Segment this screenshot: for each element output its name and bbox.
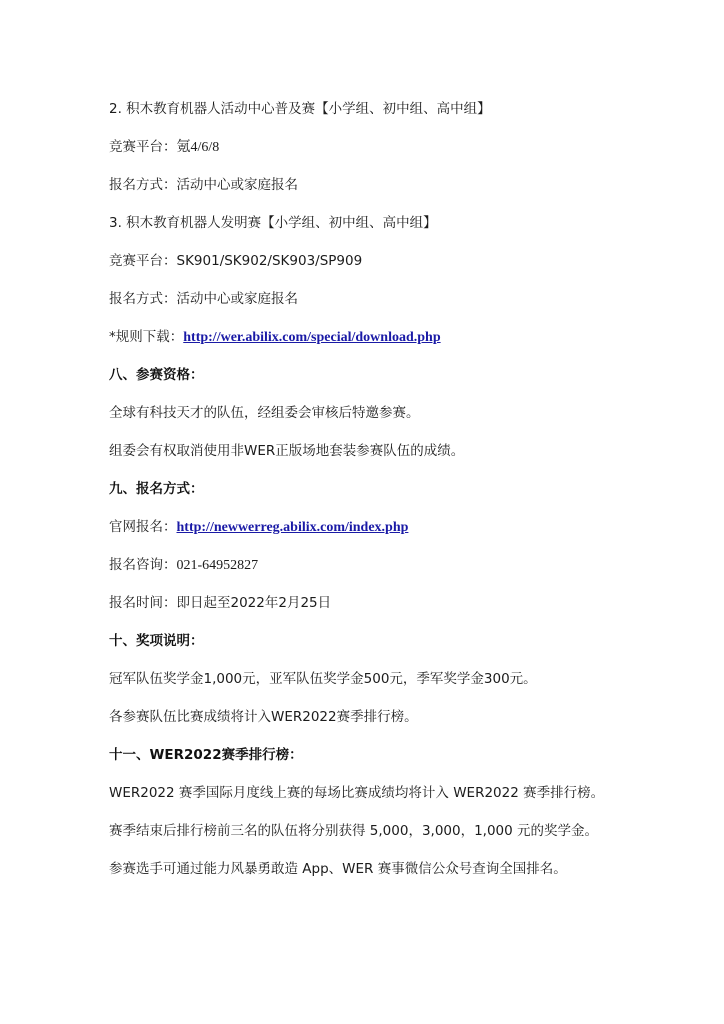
item3-platform: 竞赛平台：SK901/SK902/SK903/SP909	[109, 251, 362, 271]
section8-paragraph: 全球有科技天才的队伍，经组委会审核后特邀参赛。	[109, 403, 420, 423]
item3-title-text: 3. 积木教育机器人发明赛【小学组、初中组、高中组】	[109, 215, 437, 231]
consult-label: 报名咨询：	[109, 557, 177, 573]
item2-title-text: 2. 积木教育机器人活动中心普及赛【小学组、初中组、高中组】	[109, 101, 491, 117]
section11-paragraph: WER2022 赛季国际月度线上赛的每场比赛成绩均将计入 WER2022 赛季排…	[109, 783, 604, 803]
section8-heading-text: 八、参赛资格：	[109, 367, 204, 383]
section8-paragraph-1: 全球有科技天才的队伍，经组委会审核后特邀参赛。	[109, 405, 420, 421]
section10-paragraph-1: 冠军队伍奖学金1,000元，亚军队伍奖学金500元，季军奖学金300元。	[109, 671, 537, 687]
website-label: 官网报名：	[109, 519, 177, 535]
item3-title: 3. 积木教育机器人发明赛【小学组、初中组、高中组】	[109, 213, 437, 233]
section11-paragraph: 赛季结束后排行榜前三名的队伍将分别获得 5,000，3,000，1,000 元的…	[109, 821, 598, 841]
section8-paragraph-2: 组委会有权取消使用非WER正版场地套装参赛队伍的成绩。	[109, 443, 464, 459]
rules-download: *规则下载：http://wer.abilix.com/special/down…	[109, 327, 441, 348]
rules-download-link[interactable]: http://wer.abilix.com/special/download.p…	[183, 330, 440, 345]
item3-signup: 报名方式：活动中心或家庭报名	[109, 289, 298, 309]
item3-signup-text: 报名方式：活动中心或家庭报名	[109, 291, 298, 307]
section10-heading-text: 十、奖项说明：	[109, 633, 204, 649]
section11-paragraph-3: 参赛选手可通过能力风暴勇敢造 App、WER 赛事微信公众号查询全国排名。	[109, 861, 567, 877]
section8-heading: 八、参赛资格：	[109, 365, 204, 385]
item2-signup-text: 报名方式：活动中心或家庭报名	[109, 177, 298, 193]
item2-title: 2. 积木教育机器人活动中心普及赛【小学组、初中组、高中组】	[109, 99, 491, 119]
time-value: 即日起至2022年2月25日	[177, 595, 332, 611]
section10-paragraph: 冠军队伍奖学金1,000元，亚军队伍奖学金500元，季军奖学金300元。	[109, 669, 537, 689]
item2-platform-value: 氪4/6/8	[177, 140, 220, 155]
section11-paragraph-2: 赛季结束后排行榜前三名的队伍将分别获得 5,000，3,000，1,000 元的…	[109, 823, 598, 839]
registration-link[interactable]: http://newwerreg.abilix.com/index.php	[177, 520, 409, 535]
consult-phone: 021-64952827	[177, 558, 259, 573]
item2-signup: 报名方式：活动中心或家庭报名	[109, 175, 298, 195]
document-page: 2. 积木教育机器人活动中心普及赛【小学组、初中组、高中组】 竞赛平台：氪4/6…	[0, 0, 724, 1024]
section9-heading: 九、报名方式：	[109, 479, 204, 499]
section10-paragraph: 各参赛队伍比赛成绩将计入WER2022赛季排行榜。	[109, 707, 418, 727]
section8-paragraph: 组委会有权取消使用非WER正版场地套装参赛队伍的成绩。	[109, 441, 464, 461]
section9-website: 官网报名：http://newwerreg.abilix.com/index.p…	[109, 517, 408, 538]
section11-paragraph-1: WER2022 赛季国际月度线上赛的每场比赛成绩均将计入 WER2022 赛季排…	[109, 785, 604, 801]
time-label: 报名时间：	[109, 595, 177, 611]
section9-consult: 报名咨询：021-64952827	[109, 555, 258, 576]
rules-download-label: *规则下载：	[109, 329, 183, 345]
item2-platform-label: 竞赛平台：	[109, 139, 177, 155]
section11-heading-text: 十一、WER2022赛季排行榜：	[109, 747, 303, 763]
section11-paragraph: 参赛选手可通过能力风暴勇敢造 App、WER 赛事微信公众号查询全国排名。	[109, 859, 567, 879]
section9-time: 报名时间：即日起至2022年2月25日	[109, 593, 331, 613]
section10-heading: 十、奖项说明：	[109, 631, 204, 651]
item3-platform-text: 竞赛平台：SK901/SK902/SK903/SP909	[109, 253, 362, 269]
section10-paragraph-2: 各参赛队伍比赛成绩将计入WER2022赛季排行榜。	[109, 709, 418, 725]
section9-heading-text: 九、报名方式：	[109, 481, 204, 497]
section11-heading: 十一、WER2022赛季排行榜：	[109, 745, 303, 765]
item2-platform: 竞赛平台：氪4/6/8	[109, 137, 219, 158]
